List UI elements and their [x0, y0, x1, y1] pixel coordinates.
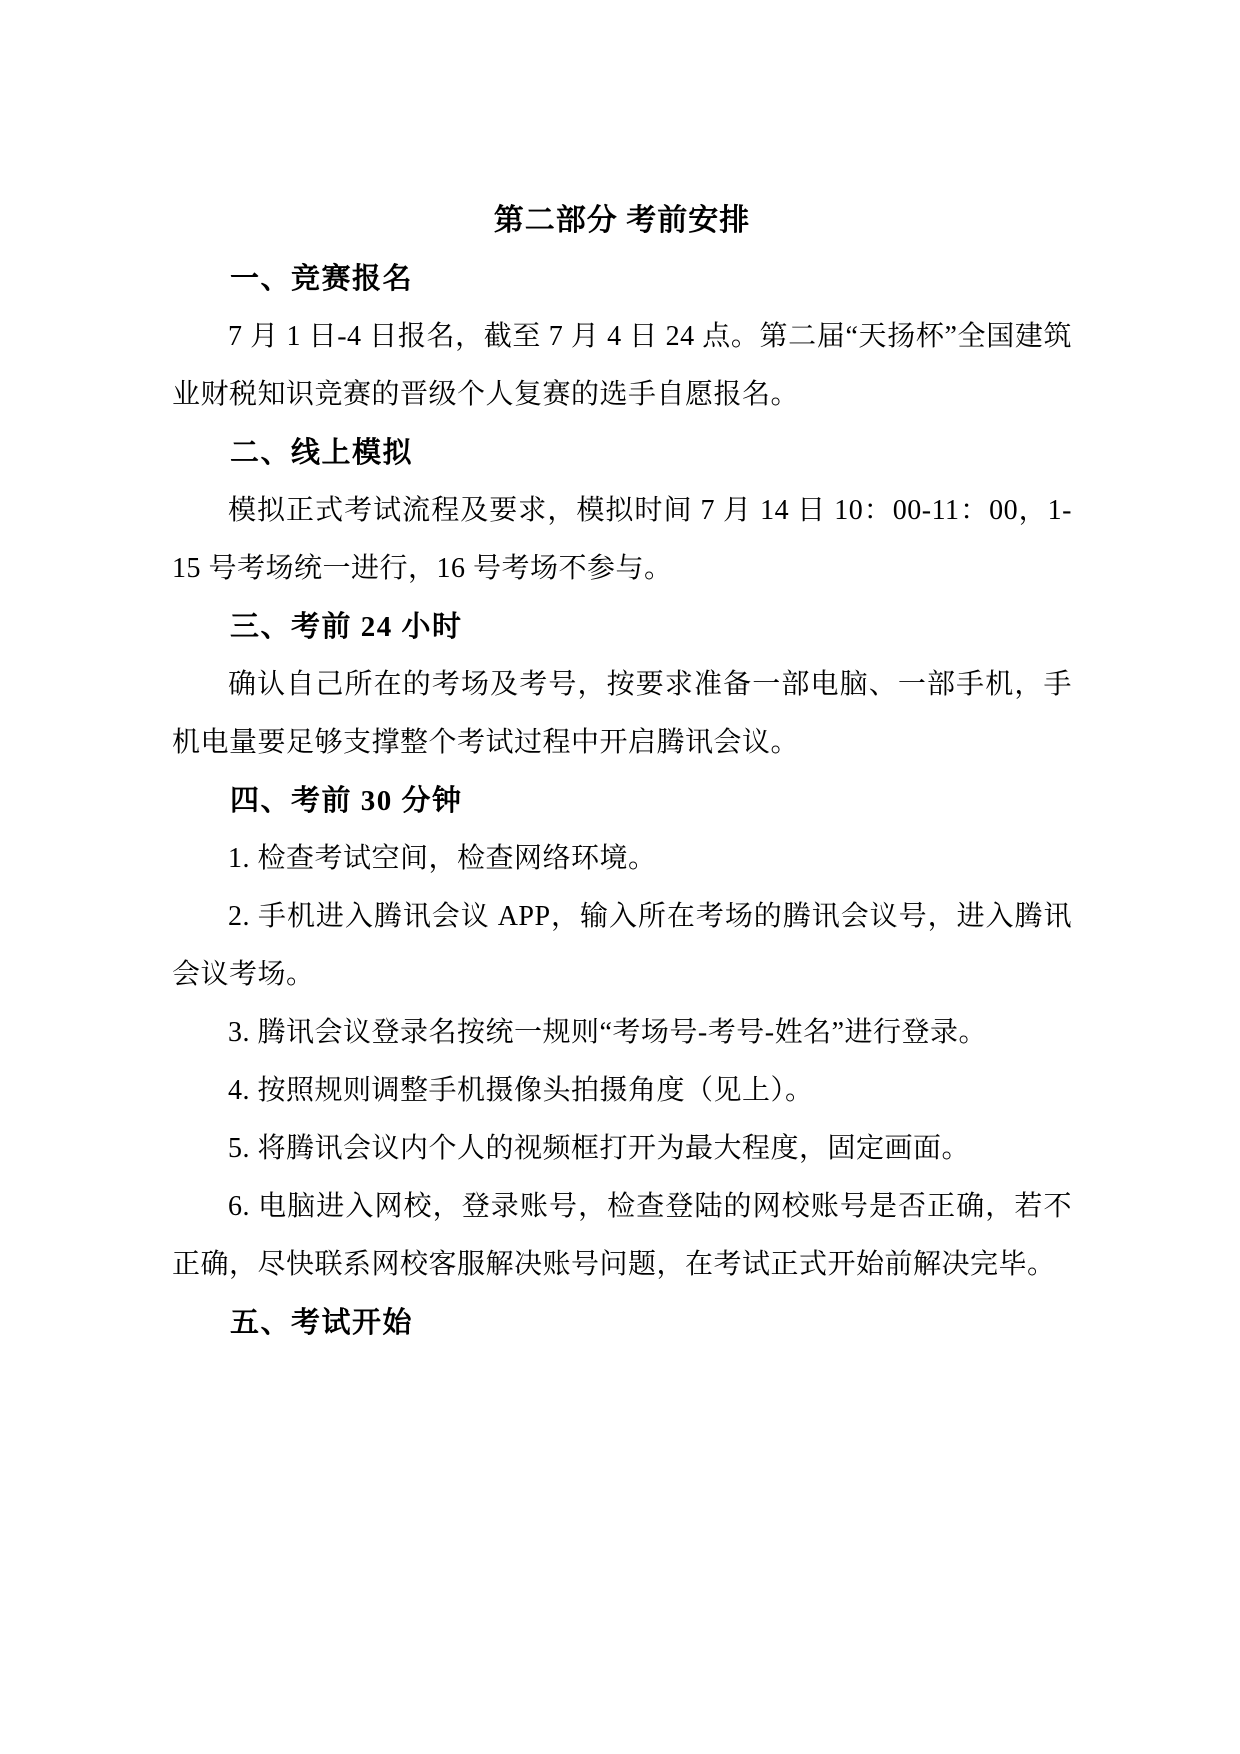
- section-heading-1: 一、竞赛报名: [172, 250, 1072, 308]
- section-online-simulation: 二、线上模拟 模拟正式考试流程及要求，模拟时间 7 月 14 日 10：00-1…: [172, 424, 1072, 598]
- section-exam-start: 五、考试开始: [172, 1294, 1072, 1352]
- list-item-4: 4. 按照规则调整手机摄像头拍摄角度（见上）。: [172, 1062, 1072, 1120]
- paragraph: 7 月 1 日-4 日报名，截至 7 月 4 日 24 点。第二届“天扬杯”全国…: [172, 308, 1072, 424]
- list-item-5: 5. 将腾讯会议内个人的视频框打开为最大程度，固定画面。: [172, 1120, 1072, 1178]
- section-heading-4: 四、考前 30 分钟: [172, 772, 1072, 830]
- list-item-3: 3. 腾讯会议登录名按统一规则“考场号-考号-姓名”进行登录。: [172, 1004, 1072, 1062]
- paragraph: 确认自己所在的考场及考号，按要求准备一部电脑、一部手机，手机电量要足够支撑整个考…: [172, 656, 1072, 772]
- document-page: 第二部分 考前安排 一、竞赛报名 7 月 1 日-4 日报名，截至 7 月 4 …: [0, 0, 1240, 1754]
- section-heading-5: 五、考试开始: [172, 1294, 1072, 1352]
- list-item-2: 2. 手机进入腾讯会议 APP，输入所在考场的腾讯会议号，进入腾讯会议考场。: [172, 888, 1072, 1004]
- paragraph: 模拟正式考试流程及要求，模拟时间 7 月 14 日 10：00-11：00，1-…: [172, 482, 1072, 598]
- section-heading-3: 三、考前 24 小时: [172, 598, 1072, 656]
- section-competition-registration: 一、竞赛报名 7 月 1 日-4 日报名，截至 7 月 4 日 24 点。第二届…: [172, 250, 1072, 424]
- section-30-minutes-before-exam: 四、考前 30 分钟 1. 检查考试空间，检查网络环境。 2. 手机进入腾讯会议…: [172, 772, 1072, 1294]
- document-title: 第二部分 考前安排: [172, 192, 1072, 250]
- list-item-6: 6. 电脑进入网校，登录账号，检查登陆的网校账号是否正确，若不正确，尽快联系网校…: [172, 1178, 1072, 1294]
- list-item-1: 1. 检查考试空间，检查网络环境。: [172, 830, 1072, 888]
- section-heading-2: 二、线上模拟: [172, 424, 1072, 482]
- section-24-hours-before-exam: 三、考前 24 小时 确认自己所在的考场及考号，按要求准备一部电脑、一部手机，手…: [172, 598, 1072, 772]
